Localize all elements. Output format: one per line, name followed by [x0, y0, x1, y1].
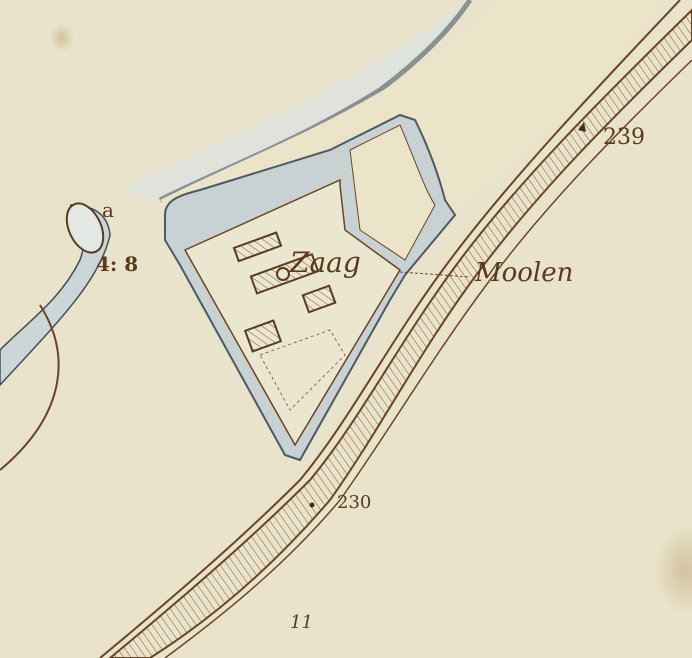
label-moolen: Moolen — [475, 258, 573, 288]
label-station-239: 239 — [603, 125, 645, 150]
label-sluice-letter: a — [102, 198, 114, 222]
paper-stain — [50, 24, 74, 52]
map-drawing — [0, 0, 692, 658]
label-station-230: 230 — [337, 492, 371, 513]
station-marker-icon — [310, 503, 315, 508]
label-field-11: 11 — [290, 612, 313, 633]
label-zaag: Zaag — [290, 246, 361, 279]
mill-post-icon — [277, 268, 289, 280]
historical-map: Zaag Moolen a 4: 8 239 230 11 — [0, 0, 692, 658]
label-sluice-measure: 4: 8 — [96, 252, 138, 276]
